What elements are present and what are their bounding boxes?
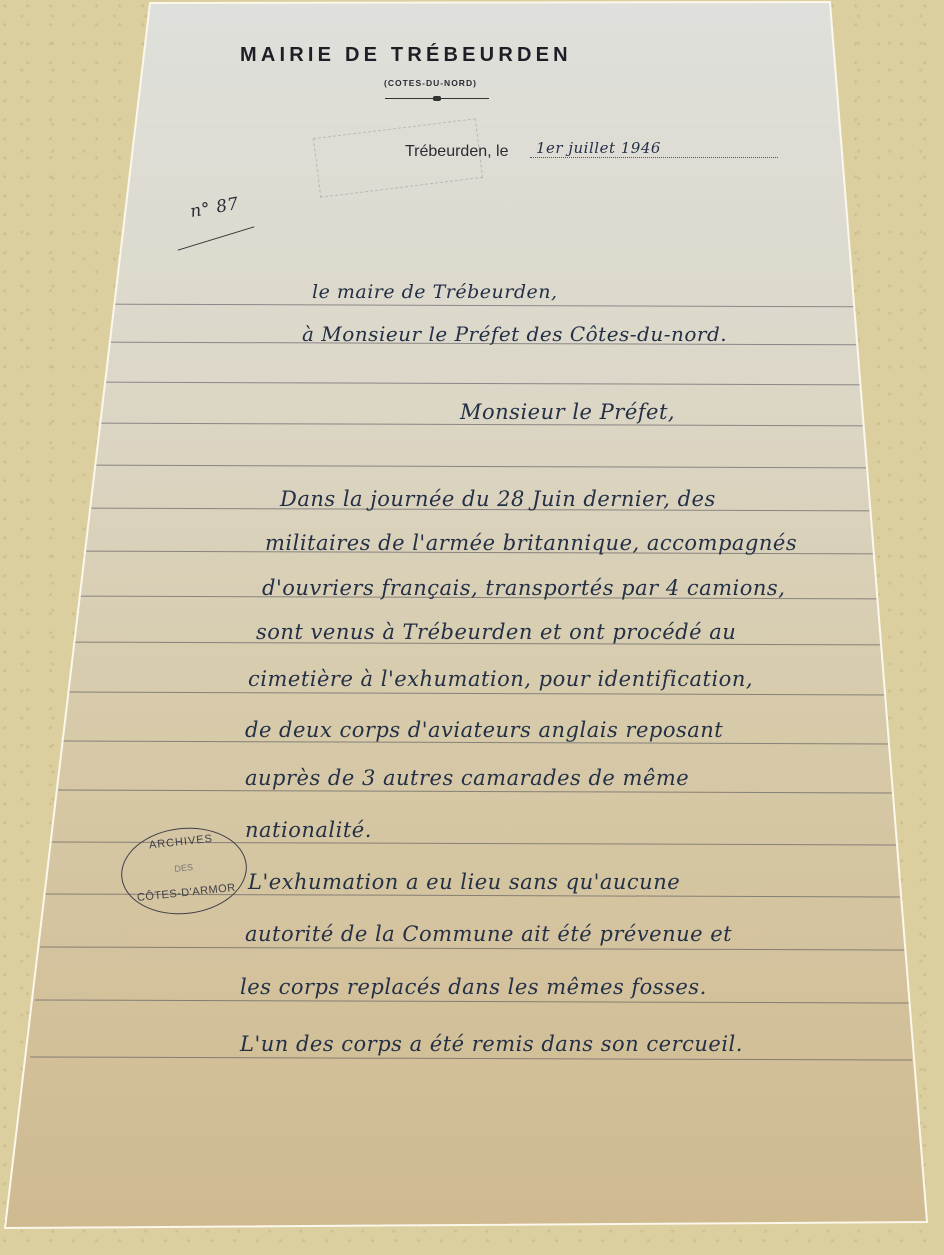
body-line: cimetière à l'exhumation, pour identific… bbox=[248, 667, 753, 691]
body-line: L'un des corps a été remis dans son cerc… bbox=[240, 1032, 743, 1056]
body-line: autorité de la Commune ait été prévenue … bbox=[245, 922, 732, 946]
salutation: Monsieur le Préfet, bbox=[460, 400, 675, 424]
place-label: Trébeurden, le bbox=[405, 143, 508, 161]
body-line: militaires de l'armée britannique, accom… bbox=[265, 531, 797, 555]
letterhead-ornament bbox=[385, 98, 489, 99]
recipient-line: à Monsieur le Préfet des Côtes-du-nord. bbox=[302, 322, 727, 346]
letterhead-title: MAIRIE DE TRÉBEURDEN bbox=[240, 44, 572, 67]
body-line: Dans la journée du 28 Juin dernier, des bbox=[280, 487, 716, 511]
date-dotted-line bbox=[530, 157, 778, 158]
body-line: sont venus à Trébeurden et ont procédé a… bbox=[256, 620, 736, 644]
sender-line: le maire de Trébeurden, bbox=[312, 281, 558, 303]
body-line: les corps replacés dans les mêmes fosses… bbox=[240, 975, 707, 999]
letterhead-subtitle: (COTES-DU-NORD) bbox=[384, 78, 477, 88]
reference-number: n° 87 bbox=[189, 194, 241, 222]
stamp-bottom-text: CÔTES-D'ARMOR bbox=[124, 880, 249, 905]
archives-stamp: ARCHIVES DES CÔTES-D'ARMOR bbox=[117, 822, 251, 921]
stamp-top-text: ARCHIVES bbox=[119, 830, 244, 855]
handwritten-date: 1er juillet 1946 bbox=[536, 139, 661, 157]
body-line: nationalité. bbox=[245, 818, 372, 842]
reference-underline bbox=[178, 226, 255, 250]
body-line: de deux corps d'aviateurs anglais reposa… bbox=[245, 718, 723, 742]
letter-sheet: MAIRIE DE TRÉBEURDEN (COTES-DU-NORD) Tré… bbox=[0, 0, 944, 1255]
body-line: d'ouvriers français, transportés par 4 c… bbox=[262, 576, 785, 600]
body-line: L'exhumation a eu lieu sans qu'aucune bbox=[248, 870, 680, 894]
stamp-middle-text: DES bbox=[122, 857, 246, 880]
body-line: auprès de 3 autres camarades de même bbox=[245, 766, 689, 790]
